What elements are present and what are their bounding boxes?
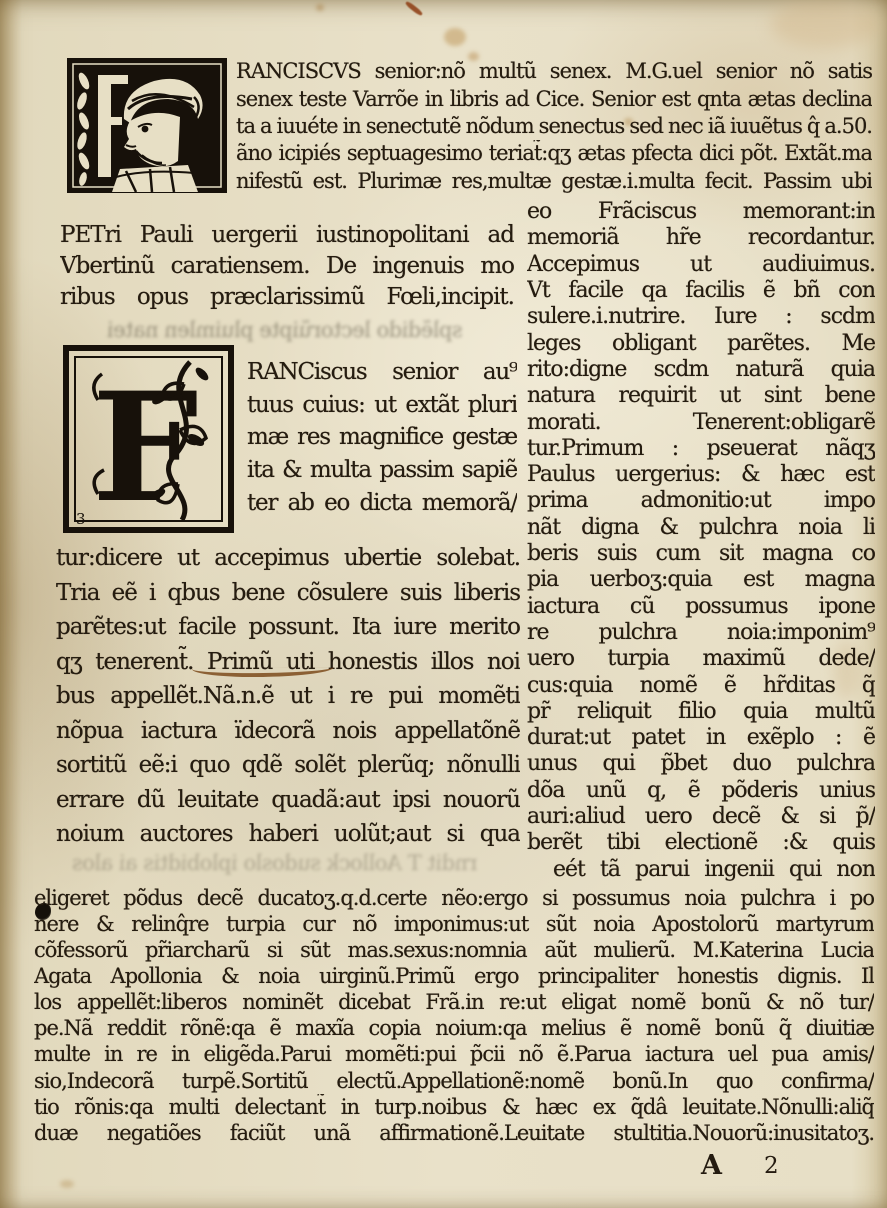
- text-line: unus qui p̃bet duo pulchra: [527, 751, 875, 777]
- text-line: nere & relinq̂re turpia cur nõ imponimus…: [34, 911, 874, 938]
- text-line: berẽt tibi electionẽ :& quis: [527, 830, 875, 856]
- text-line: multe in re in eligẽda.Parui momẽti:pui …: [34, 1041, 874, 1068]
- floral-initial-art: F 3: [62, 344, 237, 536]
- text-line: ita & multa passim sapiẽ: [247, 454, 517, 486]
- portrait-shoulders: [112, 165, 198, 192]
- text-line: uero turpia maximũ dede/: [527, 646, 875, 672]
- text-line: sio,Indecorã turpẽ.Sortitũ electũ.Appell…: [34, 1068, 874, 1095]
- text-line: sortitũ eẽ:i quo qdẽ solẽt plerũq; nõnul…: [56, 749, 520, 782]
- text-line: pe.Nã reddit rõnẽ:qa ẽ maxĩa copia noium…: [34, 1015, 874, 1042]
- text-line: Vt facile qa facilis ẽ bñ con: [527, 278, 875, 304]
- text-line: tur.Primum : pseuerat nãqʒ: [527, 436, 875, 462]
- woodcut-initial-portrait: [66, 57, 228, 194]
- text-line: ãno icipiés septuagesimo teriat̃:qʒ ætas…: [236, 140, 872, 167]
- corner-mark: 3: [76, 510, 86, 528]
- text-line: pr̃ reliquit filio quia multũ: [527, 699, 875, 725]
- text-line: leges obligant̃ parẽtes. Me: [527, 331, 875, 357]
- signature-number: 2: [764, 1153, 779, 1183]
- incunabulum-page: RANCISCVS senior:nõ multũ senex. M.G.uel…: [0, 0, 887, 1208]
- text-line: Vbertinũ caratiensem. De ingenuis mo: [60, 251, 514, 281]
- foxing-spot: [770, 0, 880, 48]
- text-line: RANCISCVS senior:nõ multũ senex. M.G.uel…: [236, 58, 872, 85]
- text-line: nõpua iactura ïdecorã nois appellatõnẽ: [56, 715, 520, 748]
- text-line: nãt digna & pulchra noia li: [527, 515, 875, 541]
- text-line: tio rõnis:qa multi delectant̃ in turp.no…: [34, 1094, 874, 1121]
- text-line: rito:digne scd̃m naturã quia: [527, 357, 875, 383]
- text-line: mæ res magnifice gestæ: [247, 421, 517, 453]
- text-line: memoriã hr̃e recordantur.: [527, 225, 875, 251]
- text-line: PETri Pauli uergerii iustinopolitani ad: [60, 220, 514, 250]
- text-line: ter ab eo dicta memorã/: [247, 487, 517, 519]
- signature-letter: A: [701, 1150, 722, 1180]
- text-line: natura requirit ut sint bene: [527, 383, 875, 409]
- showthrough-text: rndit T Aollock sudoslo iplobidtis ai al…: [40, 851, 510, 875]
- text-line: auri:aliud uero decẽ & si p̃/: [527, 804, 875, 830]
- text-line: eét tã parui ingenii qui non: [527, 857, 875, 883]
- text-line: parẽtes:ut facile possunt. Ita iure meri…: [56, 611, 520, 644]
- text-line: Paulus uergerius: & hæc est: [527, 462, 875, 488]
- text-line: tur:dicere ut accepimus ubertie solebat.: [56, 542, 520, 575]
- text-line: eligeret põdus decẽ ducatoʒ.q.d.certe nẽ…: [34, 885, 874, 912]
- text-line: iactura cũ possumus ipone: [527, 594, 875, 620]
- text-line: tuus cuius: ut extãt pluri: [247, 389, 517, 421]
- text-line: errare dũ leuitate quadã:aut ipsi nouorũ: [56, 784, 520, 817]
- text-line: cõfessorũ pr̃iarcharũ si sũt mas.sexus:n…: [34, 937, 874, 964]
- text-line: ta a iuuéte in senectutẽ nõdum senectus …: [236, 113, 872, 140]
- text-line: Accepimus ut audiuimus.: [527, 252, 875, 278]
- text-line: pia uerboʒ:quia est magna: [527, 567, 875, 593]
- text-line: Agata Apollonia & noia uirginũ.Primũ erg…: [34, 963, 874, 990]
- text-line: noium auctores haberi uolũt;aut si qua: [56, 818, 520, 851]
- text-line: Tria eẽ i qbus bene cõsulere suis liberi…: [56, 577, 520, 610]
- text-line: duæ negatiões faciũt unã affirmationẽ.Le…: [34, 1120, 874, 1147]
- text-line: eo Frãciscus memorant̃:in: [527, 199, 875, 225]
- text-line: re pulchra noia:imponim⁹: [527, 620, 875, 646]
- foxing-spot: [60, 1180, 74, 1188]
- woodcut-initial-floral: F 3: [62, 344, 237, 536]
- text-line: bus appellẽt.Nã.n.ẽ ut i re pui momẽti: [56, 680, 520, 713]
- text-line: morati. Tenerent̃:obligarẽ: [527, 410, 875, 436]
- text-line: nifestũ est. Plurimæ res,multæ gestæ.i.m…: [236, 168, 872, 195]
- text-line: los appellẽt:liberos nominẽt dicebat Frã…: [34, 989, 874, 1016]
- text-line: senex teste Varrõe in libris ad Cice. Se…: [236, 86, 872, 113]
- foxing-spot: [316, 4, 324, 11]
- red-fiber-stain: [405, 0, 424, 16]
- text-line: cus:quia nomẽ ẽ hr̃ditas q̃: [527, 673, 875, 699]
- text-line: durat:ut patet in exẽplo : ẽ: [527, 725, 875, 751]
- showthrough-text: splẽdido lectorũipte pluimlen natei: [60, 318, 510, 344]
- text-line: prima admonitio:ut impo: [527, 488, 875, 514]
- text-line: dõa unũ q, ẽ põderis unius: [527, 778, 875, 804]
- text-line: beris suis cum sit magna co: [527, 541, 875, 567]
- foxing-spot: [444, 28, 466, 46]
- text-line: sulere.i.nutrire. Iure : scd̃m: [527, 304, 875, 330]
- text-line: ribus opus præclarissimũ Fœli,incipit.: [60, 282, 514, 312]
- portrait-initial-art: [66, 57, 228, 194]
- text-line: RANCiscus senior au⁹: [247, 356, 517, 388]
